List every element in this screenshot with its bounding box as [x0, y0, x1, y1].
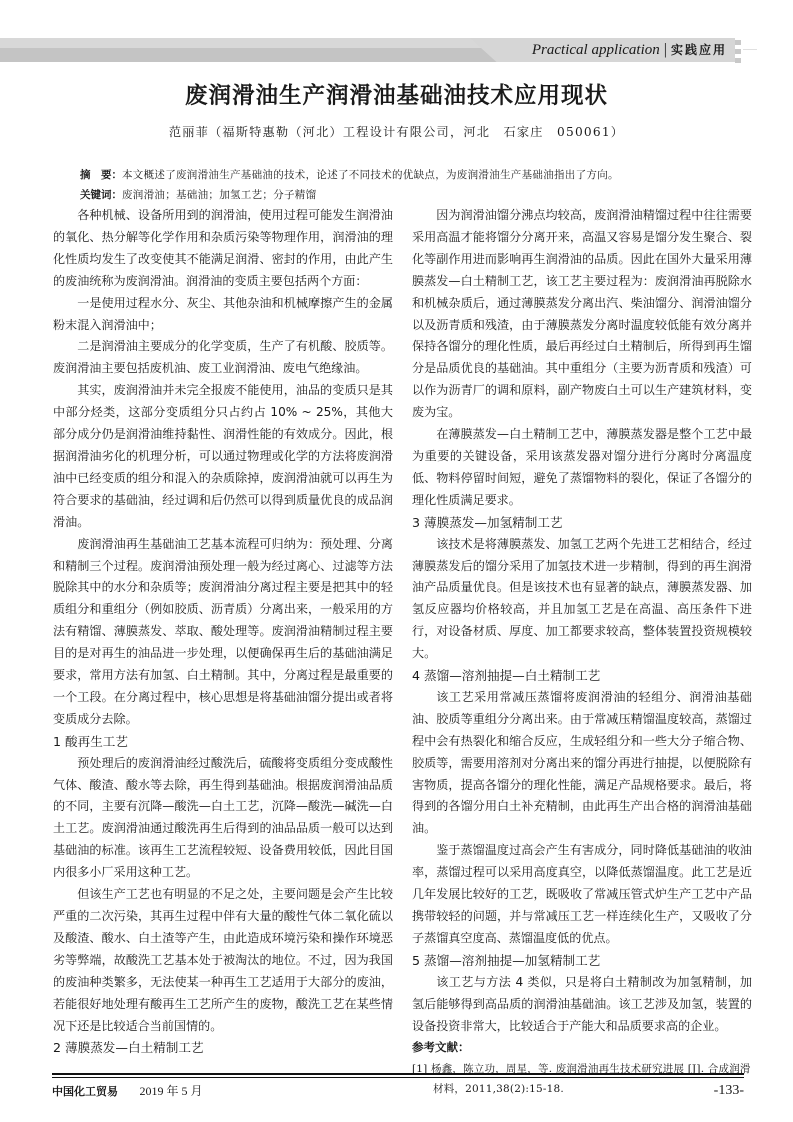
abstract-label: 摘 要： [80, 169, 122, 181]
paragraph: 该工艺采用常减压蒸馏将废润滑油的轻组分、润滑油基础油、胶质等重组分分离出来。由于… [412, 687, 752, 840]
paragraph: 各种机械、设备所用到的润滑油，使用过程可能发生润滑油的氧化、热分解等化学作用和杂… [53, 205, 393, 293]
section-heading-2: 2 薄膜蒸发—白土精制工艺 [53, 1037, 393, 1059]
header-decoration [735, 40, 741, 67]
paragraph: 鉴于蒸馏温度过高会产生有害成分，同时降低基础油的收油率，蒸馏过程可以采用高度真空… [412, 840, 752, 950]
footer-rule-thick [52, 1073, 744, 1075]
abstract-text: 本文概述了废润滑油生产基础油的技术，论述了不同技术的优缺点，为废润滑油生产基础油… [122, 169, 619, 181]
section-label-zh: 实践应用 [671, 39, 727, 61]
paragraph: 但该生产工艺也有明显的不足之处，主要问题是会产生比较严重的二次污染，其再生过程中… [53, 884, 393, 1037]
decor-square [735, 49, 741, 54]
article-title: 废润滑油生产润滑油基础油技术应用现状 [0, 78, 793, 110]
paragraph: 其实，废润滑油并未完全报废不能使用，油品的变质只是其中部分烃类，这部分变质组分只… [53, 380, 393, 533]
page-number: -133- [714, 1082, 744, 1100]
decor-square [735, 40, 741, 45]
section-heading-5: 5 蒸馏—溶剂抽提—加氢精制工艺 [412, 950, 752, 972]
decor-line [743, 49, 757, 50]
keywords-text: 废润滑油；基础油；加氢工艺；分子精馏 [122, 189, 316, 201]
paragraph: 预处理后的废润滑油经过酸洗后，硫酸将变质组分变成酸性气体、酸渣、酸水等去除，再生… [53, 753, 393, 884]
abstract-block: 摘 要：本文概述了废润滑油生产基础油的技术，论述了不同技术的优缺点，为废润滑油生… [80, 165, 750, 205]
author-affiliation: 范丽菲（福斯特惠勒（河北）工程设计有限公司，河北 石家庄 050061） [0, 123, 793, 140]
section-heading-1: 1 酸再生工艺 [53, 731, 393, 753]
section-heading-4: 4 蒸馏—溶剂抽提—白土精制工艺 [412, 665, 752, 687]
paragraph: 该工艺与方法 4 类似，只是将白土精制改为加氢精制，加氢后能够得到高品质的润滑油… [412, 972, 752, 1038]
abstract: 摘 要：本文概述了废润滑油生产基础油的技术，论述了不同技术的优缺点，为废润滑油生… [80, 165, 750, 185]
paragraph: 因为润滑油馏分沸点均较高，废润滑油精馏过程中往往需要采用高温才能将馏分分离开来，… [412, 205, 752, 424]
right-column: 因为润滑油馏分沸点均较高，废润滑油精馏过程中往往需要采用高温才能将馏分分离开来，… [412, 205, 752, 1099]
section-label-en: Practical application [532, 39, 660, 61]
journal-name: 中国化工贸易 [52, 1085, 118, 1098]
section-separator: | [664, 39, 667, 61]
paragraph: 在薄膜蒸发—白土精制工艺中，薄膜蒸发器是整个工艺中最为重要的关键设备，采用该蒸发… [412, 424, 752, 512]
issue-date: 2019 年 5 月 [140, 1084, 203, 1098]
left-column: 各种机械、设备所用到的润滑油，使用过程可能发生润滑油的氧化、热分解等化学作用和杂… [53, 205, 393, 1059]
paragraph: 废润滑油再生基础油工艺基本流程可归纳为：预处理、分离和精制三个过程。废润滑油预处… [53, 534, 393, 731]
references-heading: 参考文献： [412, 1037, 752, 1059]
paragraph: 该技术是将薄膜蒸发、加氢工艺两个先进工艺相结合，经过薄膜蒸发后的馏分采用了加氢技… [412, 534, 752, 665]
decor-square [735, 58, 741, 63]
paragraph: 一是使用过程水分、灰尘、其他杂油和机械摩擦产生的金属粉末混入润滑油中； [53, 293, 393, 337]
section-label: Practical application | 实践应用 [532, 39, 727, 61]
page-footer: 中国化工贸易 2019 年 5 月 -133- [52, 1082, 744, 1100]
keywords-label: 关键词： [80, 189, 122, 201]
footer-rule-thin [52, 1077, 744, 1078]
section-heading-3: 3 薄膜蒸发—加氢精制工艺 [412, 512, 752, 534]
paragraph: 二是润滑油主要成分的化学变质，生产了有机酸、胶质等。废润滑油主要包括废机油、废工… [53, 336, 393, 380]
keywords: 关键词：废润滑油；基础油；加氢工艺；分子精馏 [80, 185, 750, 205]
